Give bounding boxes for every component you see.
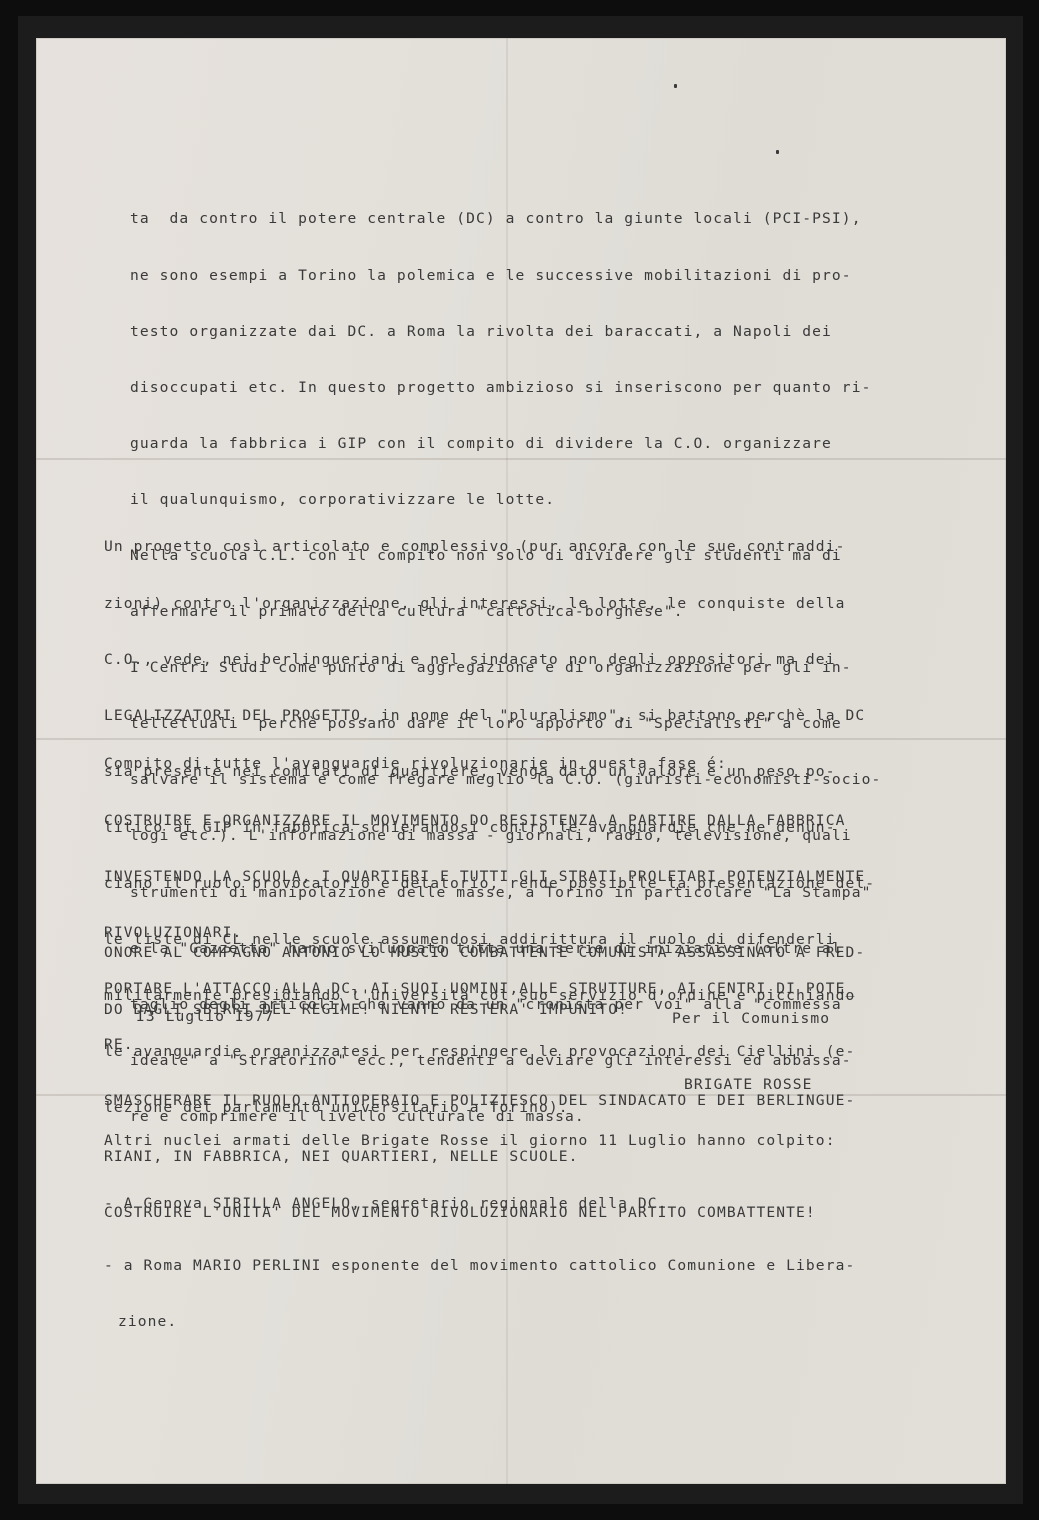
- text-line: zioni) contro l'organizzazione, gli inte…: [104, 595, 875, 614]
- postscript-item: - A Genova SIBILLA ANGELO, segretario re…: [104, 1195, 855, 1214]
- text-line: C.O., vede, nei berlingueriani e nel sin…: [104, 651, 875, 670]
- signature-line-1: Per il Comunismo: [672, 1010, 830, 1038]
- text-line: testo organizzate dai DC. a Roma la rivo…: [130, 323, 881, 342]
- document-date: I3 Luglio I977: [136, 971, 274, 1065]
- postscript: Altri nuclei armati delle Brigate Rosse …: [104, 1095, 855, 1369]
- text-line: COSTRUIRE E ORGANIZZARE IL MOVIMENTO DO …: [104, 812, 865, 831]
- text-line: ta da contro il potere centrale (DC) a c…: [130, 210, 881, 229]
- text-line: INVESTENDO LA SCUOLA, I QUARTIERI E TUTT…: [104, 868, 865, 887]
- text-line: ONORE AL COMPAGNO ANTONIO LO MUSCIO COMB…: [104, 944, 865, 963]
- text-line: disoccupati etc. In questo progetto ambi…: [130, 379, 881, 398]
- ink-speck: [776, 150, 779, 154]
- typewritten-page: ta da contro il potere centrale (DC) a c…: [36, 38, 1006, 1484]
- date-text: I3 Luglio I977: [136, 1008, 274, 1027]
- postscript-item: - a Roma MARIO PERLINI esponente del mov…: [104, 1257, 855, 1276]
- ink-speck: [674, 84, 677, 88]
- text-line: ne sono esempi a Torino la polemica e le…: [130, 267, 881, 286]
- postscript-item-continuation: zione.: [104, 1313, 855, 1332]
- text-line: Un progetto così articolato e complessiv…: [104, 538, 875, 557]
- text-line: guarda la fabbrica i GIP con il compito …: [130, 435, 881, 454]
- postscript-intro: Altri nuclei armati delle Brigate Rosse …: [104, 1132, 855, 1151]
- text-line: Compito di tutte l'avanguardie rivoluzio…: [104, 755, 865, 774]
